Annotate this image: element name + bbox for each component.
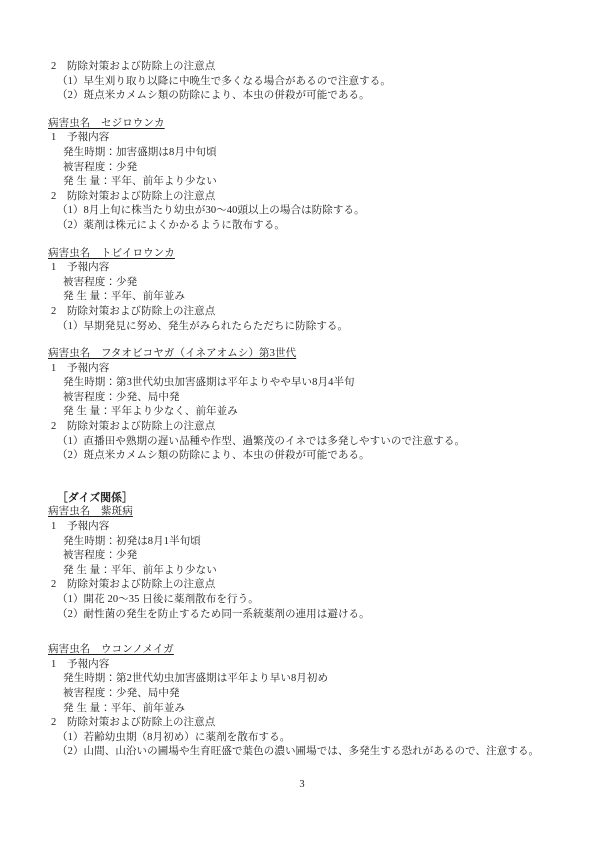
forecast-heading: 1 予報内容 [48,658,556,673]
control-heading: 2 防除対策および防除上の注意点 [48,716,556,731]
pest-section-shihanbyo: 病害虫名 紫斑病 1 予報内容 発生時期：初発は8月1半旬頃 被害程度：少発 発… [48,505,556,622]
note-line: （2）斑点米カメムシ類の防除により、本虫の併殺が可能である。 [48,449,556,464]
control-heading: 2 防除対策および防除上の注意点 [48,420,556,435]
note-line: （1）早期発見に努め、発生がみられたらただちに防除する。 [48,320,556,335]
pest-name-title: 病害虫名 紫斑病 [48,505,556,520]
note-line: （1）8月上旬に株当たり幼虫が30～40頭以上の場合は防除する。 [48,204,556,219]
note-line: （1）直播田や熟期の遅い品種や作型、過繁茂のイネでは多発しやすいので注意する。 [48,435,556,450]
pest-section-futaobikoyaga: 病害虫名 フタオビコヤガ（イネアオムシ）第3世代 1 予報内容 発生時期：第3世… [48,347,556,464]
pest-name-title: 病害虫名 ウコンノメイガ [48,643,556,658]
document-page: 2 防除対策および防除上の注意点 （1）早生刈り取り以降に中晩生で多くなる場合が… [0,0,600,849]
note-line: （1）若齢幼虫期（8月初め）に薬剤を散布する。 [48,731,556,746]
forecast-line: 発 生 量：平年、前年並み [48,290,556,305]
intro-countermeasure-section: 2 防除対策および防除上の注意点 （1）早生刈り取り以降に中晩生で多くなる場合が… [48,60,556,104]
note-line: （2）山間、山沿いの圃場や生育旺盛で葉色の濃い圃場では、多発生する恐れがあるので… [48,745,556,760]
note-line: （1）早生刈り取り以降に中晩生で多くなる場合があるので注意する。 [48,75,556,90]
group-header-daizu: ［ダイズ関係］ [48,491,556,506]
forecast-line: 被害程度：少発、局中発 [48,687,556,702]
forecast-line: 発生時期：第3世代幼虫加害盛期は平年よりやや早い8月4半旬 [48,376,556,391]
forecast-heading: 1 予報内容 [48,362,556,377]
control-heading: 2 防除対策および防除上の注意点 [48,190,556,205]
pest-name-title: 病害虫名 セジロウンカ [48,117,556,132]
note-line: （2）耐性菌の発生を防止するため同一系統薬剤の連用は避ける。 [48,608,556,623]
pest-name-underlined: 病害虫名 トビイロウンカ [48,248,175,259]
forecast-heading: 1 予報内容 [48,131,556,146]
pest-name-underlined: 病害虫名 ウコンノメイガ [48,644,174,655]
forecast-line: 発 生 量：平年、前年より少ない [48,175,556,190]
forecast-line: 被害程度：少発、局中発 [48,391,556,406]
forecast-line: 発 生 量：平年、前年並み [48,702,556,717]
forecast-line: 被害程度：少発 [48,161,556,176]
pest-section-ukonnomeiga: 病害虫名 ウコンノメイガ 1 予報内容 発生時期：第2世代幼虫加害盛期は平年より… [48,643,556,760]
page-number: 3 [48,778,556,793]
pest-section-sejirounka: 病害虫名 セジロウンカ 1 予報内容 発生時期：加害盛期は8月中旬頃 被害程度：… [48,117,556,234]
pest-name-title: 病害虫名 フタオビコヤガ（イネアオムシ）第3世代 [48,347,556,362]
forecast-line: 発生時期：加害盛期は8月中旬頃 [48,146,556,161]
forecast-heading: 1 予報内容 [48,520,556,535]
note-line: （1）開花 20～35 日後に薬剤散布を行う。 [48,593,556,608]
control-heading: 2 防除対策および防除上の注意点 [48,60,556,75]
forecast-line: 被害程度：少発 [48,549,556,564]
forecast-line: 発生時期：初発は8月1半旬頃 [48,535,556,550]
note-line: （2）斑点米カメムシ類の防除により、本虫の併殺が可能である。 [48,89,556,104]
forecast-line: 発 生 量：平年、前年より少ない [48,564,556,579]
forecast-heading: 1 予報内容 [48,261,556,276]
forecast-line: 発生時期：第2世代幼虫加害盛期は平年より早い8月初め [48,672,556,687]
pest-section-tobiirounka: 病害虫名 トビイロウンカ 1 予報内容 被害程度：少発 発 生 量：平年、前年並… [48,247,556,335]
pest-name-underlined: 病害虫名 フタオビコヤガ（イネアオムシ）第3世代 [48,348,296,359]
forecast-line: 被害程度：少発 [48,276,556,291]
pest-name-title: 病害虫名 トビイロウンカ [48,247,556,262]
pest-name-underlined: 病害虫名 紫斑病 [48,506,133,517]
control-heading: 2 防除対策および防除上の注意点 [48,578,556,593]
control-heading: 2 防除対策および防除上の注意点 [48,305,556,320]
note-line: （2）薬剤は株元によくかかるように散布する。 [48,219,556,234]
pest-name-underlined: 病害虫名 セジロウンカ [48,118,165,129]
forecast-line: 発 生 量：平年より少なく、前年並み [48,405,556,420]
